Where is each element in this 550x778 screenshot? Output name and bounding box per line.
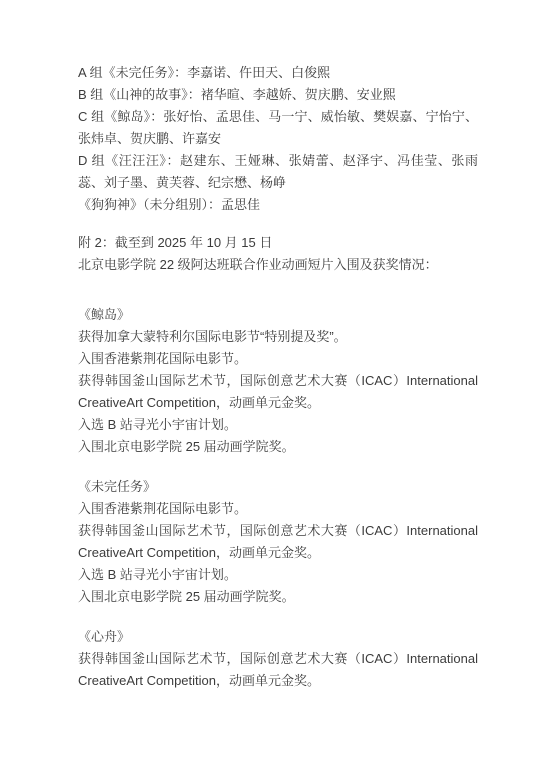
document-page: A 组《未完任务》：李嘉诺、仵田天、白俊熙 B 组《山神的故事》：褚华暄、李越娇… bbox=[0, 0, 550, 778]
film-awards-section: 《未完任务》 入围香港紫荆花国际电影节。 获得韩国釜山国际艺术节，国际创意艺术大… bbox=[78, 476, 478, 608]
casting-section: A 组《未完任务》：李嘉诺、仵田天、白俊熙 B 组《山神的故事》：褚华暄、李越娇… bbox=[78, 62, 478, 216]
award-paragraph: 入围北京电影学院 25 届动画学院奖。 bbox=[78, 586, 478, 608]
film-award-list: 获得韩国釜山国际艺术节，国际创意艺术大赛（ICAC）International … bbox=[78, 648, 478, 692]
award-paragraph: 入选 B 站寻光小宇宙计划。 bbox=[78, 414, 478, 436]
film-award-list: 入围香港紫荆花国际电影节。 获得韩国釜山国际艺术节，国际创意艺术大赛（ICAC）… bbox=[78, 498, 478, 608]
casting-paragraph: 《狗狗神》（未分组别）：孟思佳 bbox=[78, 194, 478, 216]
casting-paragraph: D 组《汪汪汪》：赵建东、王娅琳、张婧蕾、赵泽宇、冯佳莹、张雨蕊、刘子墨、黄芙蓉… bbox=[78, 150, 478, 194]
award-paragraph: 入围香港紫荆花国际电影节。 bbox=[78, 348, 478, 370]
film-awards-section: 《心舟》 获得韩国釜山国际艺术节，国际创意艺术大赛（ICAC）Internati… bbox=[78, 626, 478, 692]
film-title: 《心舟》 bbox=[78, 626, 478, 648]
award-paragraph: 获得韩国釜山国际艺术节，国际创意艺术大赛（ICAC）International … bbox=[78, 648, 478, 692]
film-awards-section: 《鲸岛》 获得加拿大蒙特利尔国际电影节“特别提及奖”。 入围香港紫荆花国际电影节… bbox=[78, 304, 478, 458]
film-award-list: 获得加拿大蒙特利尔国际电影节“特别提及奖”。 入围香港紫荆花国际电影节。 获得韩… bbox=[78, 326, 478, 458]
appendix-section: 附 2：截至到 2025 年 10 月 15 日 北京电影学院 22 级阿达班联… bbox=[78, 232, 478, 276]
film-awards-list: 《鲸岛》 获得加拿大蒙特利尔国际电影节“特别提及奖”。 入围香港紫荆花国际电影节… bbox=[78, 304, 478, 692]
film-title: 《鲸岛》 bbox=[78, 304, 478, 326]
appendix-paragraph: 北京电影学院 22 级阿达班联合作业动画短片入围及获奖情况： bbox=[78, 254, 478, 276]
casting-paragraph: A 组《未完任务》：李嘉诺、仵田天、白俊熙 bbox=[78, 62, 478, 84]
award-paragraph: 获得韩国釜山国际艺术节，国际创意艺术大赛（ICAC）International … bbox=[78, 370, 478, 414]
casting-paragraph: B 组《山神的故事》：褚华暄、李越娇、贺庆鹏、安业熙 bbox=[78, 84, 478, 106]
film-title: 《未完任务》 bbox=[78, 476, 478, 498]
award-paragraph: 入围香港紫荆花国际电影节。 bbox=[78, 498, 478, 520]
award-paragraph: 获得韩国釜山国际艺术节，国际创意艺术大赛（ICAC）International … bbox=[78, 520, 478, 564]
award-paragraph: 入选 B 站寻光小宇宙计划。 bbox=[78, 564, 478, 586]
casting-paragraph: C 组《鲸岛》：张好怡、孟思佳、马一宁、威怡敏、樊娱嘉、宁怡宁、张炜卓、贺庆鹏、… bbox=[78, 106, 478, 150]
award-paragraph: 入围北京电影学院 25 届动画学院奖。 bbox=[78, 436, 478, 458]
appendix-paragraph: 附 2：截至到 2025 年 10 月 15 日 bbox=[78, 232, 478, 254]
award-paragraph: 获得加拿大蒙特利尔国际电影节“特别提及奖”。 bbox=[78, 326, 478, 348]
